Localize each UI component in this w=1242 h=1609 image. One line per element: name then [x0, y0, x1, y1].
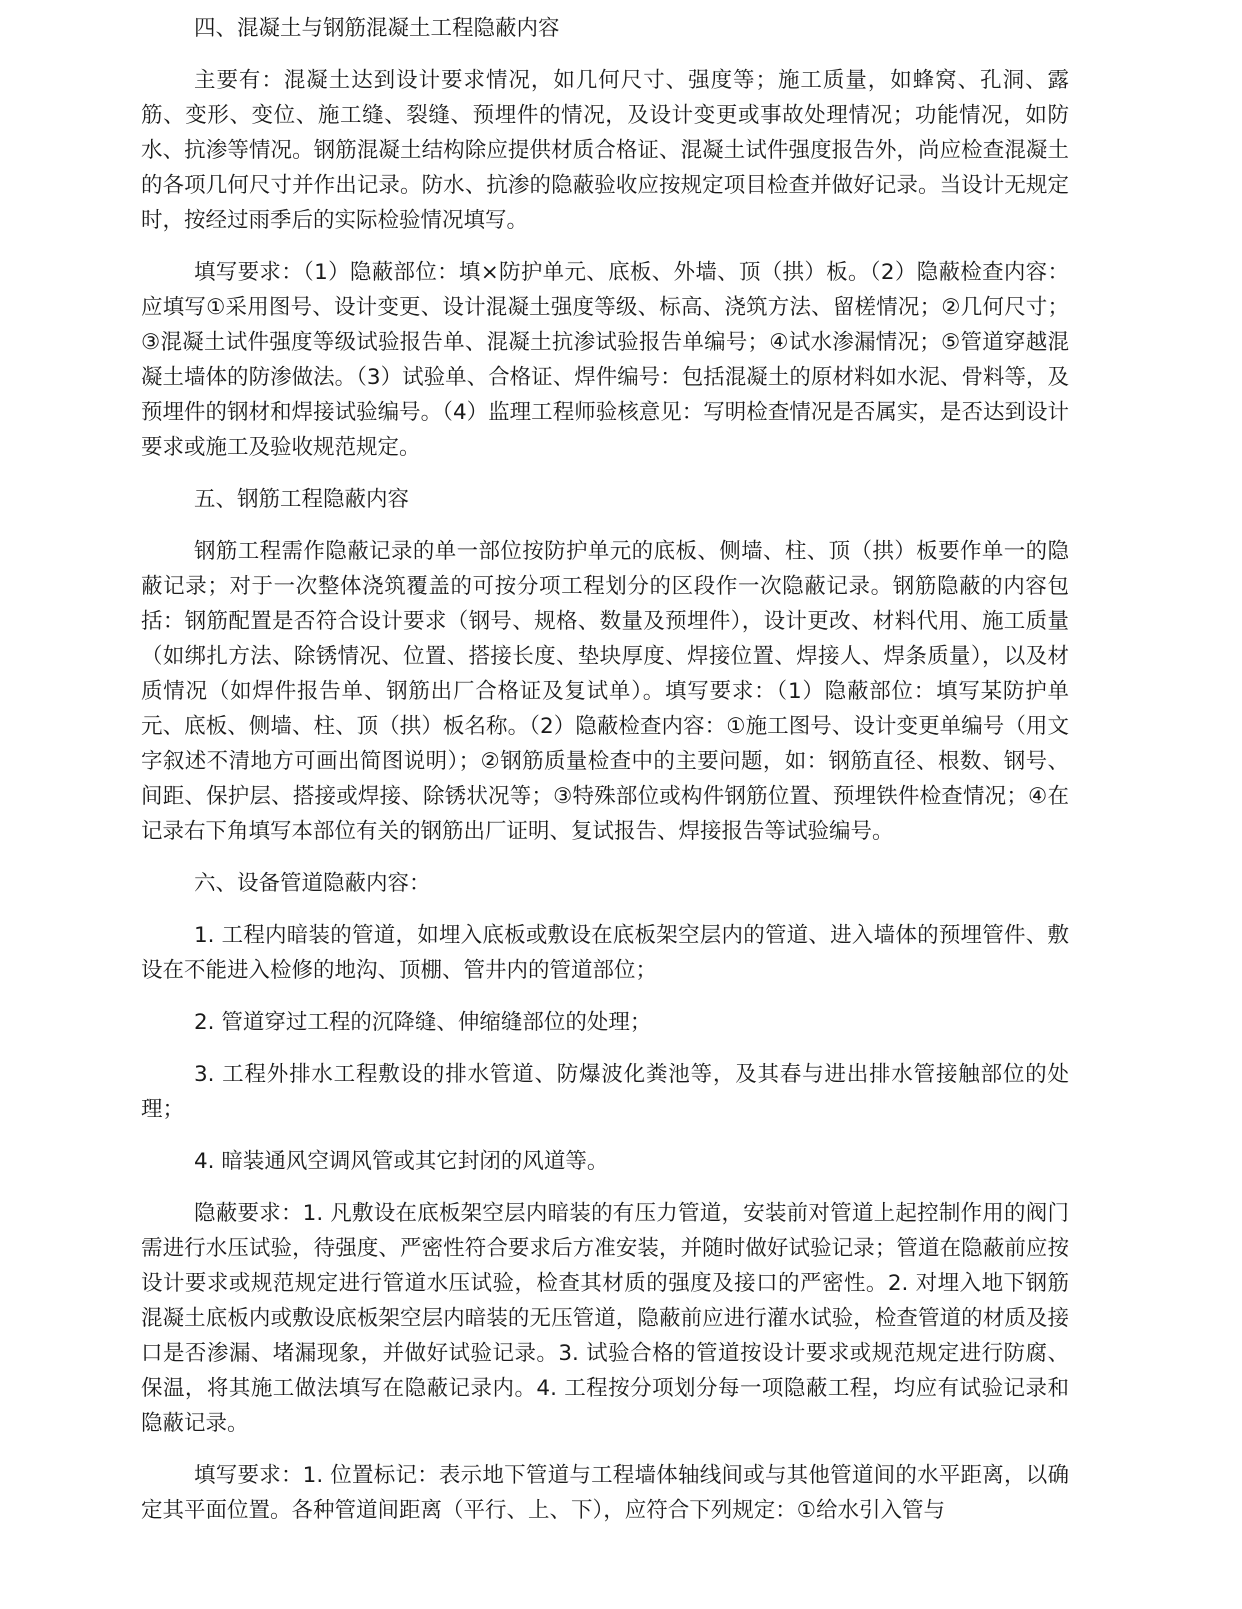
document-page: 四、混凝土与钢筋混凝土工程隐蔽内容 主要有：混凝土达到设计要求情况，如几何尺寸、… — [141, 11, 1069, 1545]
paragraph-pipes-item-3: 3. 工程外排水工程敷设的排水管道、防爆波化粪池等，及其春与进出排水管接触部位的… — [141, 1057, 1069, 1127]
section-heading-concrete: 四、混凝土与钢筋混凝土工程隐蔽内容 — [141, 11, 1069, 46]
paragraph-concrete-fill-requirements: 填写要求：（1）隐蔽部位：填×防护单元、底板、外墙、顶（拱）板。（2）隐蔽检查内… — [141, 255, 1069, 465]
paragraph-concealment-requirements: 隐蔽要求：1. 凡敷设在底板架空层内暗装的有压力管道，安装前对管道上起控制作用的… — [141, 1196, 1069, 1441]
section-heading-pipes: 六、设备管道隐蔽内容： — [141, 866, 1069, 901]
paragraph-pipes-item-1: 1. 工程内暗装的管道，如埋入底板或敷设在底板架空层内的管道、进入墙体的预埋管件… — [141, 918, 1069, 988]
paragraph-pipes-fill-requirements: 填写要求：1. 位置标记：表示地下管道与工程墙体轴线间或与其他管道间的水平距离，… — [141, 1458, 1069, 1528]
paragraph-concrete-main: 主要有：混凝土达到设计要求情况，如几何尺寸、强度等；施工质量，如蜂窝、孔洞、露筋… — [141, 63, 1069, 238]
paragraph-pipes-item-4: 4. 暗装通风空调风管或其它封闭的风道等。 — [141, 1144, 1069, 1179]
section-heading-rebar: 五、钢筋工程隐蔽内容 — [141, 482, 1069, 517]
paragraph-pipes-item-2: 2. 管道穿过工程的沉降缝、伸缩缝部位的处理； — [141, 1005, 1069, 1040]
paragraph-rebar-main: 钢筋工程需作隐蔽记录的单一部位按防护单元的底板、侧墙、柱、顶（拱）板要作单一的隐… — [141, 534, 1069, 849]
